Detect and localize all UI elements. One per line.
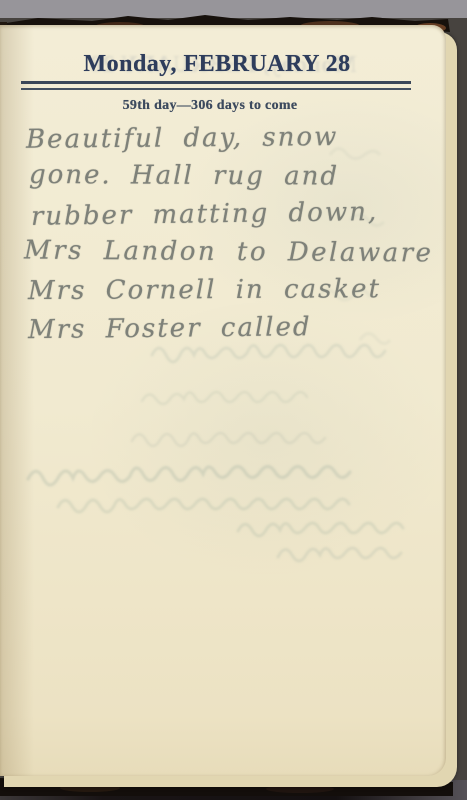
handwriting-line: Mrs Landon to Delaware: [24, 232, 436, 273]
bleed-through-handwriting: [0, 325, 446, 615]
scanned-diary-photo: Monday, FEBRUARY 28 Monday, FEBRUARY 28 …: [0, 0, 467, 800]
handwriting-line: gone. Hall rug and: [29, 156, 436, 196]
handwritten-entry: Beautiful day, snow gone. Hall rug and r…: [26, 119, 436, 347]
page-title: Monday, FEBRUARY 28: [0, 51, 446, 78]
handwriting-line: rubber matting down,: [31, 192, 436, 236]
day-count-subtitle: 59th day—306 days to come: [0, 98, 446, 114]
double-rule: [21, 81, 411, 90]
diary-page: Monday, FEBRUARY 28 Monday, FEBRUARY 28 …: [0, 25, 446, 776]
handwriting-line: Mrs Foster called: [28, 307, 436, 349]
handwriting-line: Beautiful day, snow: [26, 117, 436, 159]
handwriting-line: Mrs Cornell in casket: [28, 270, 436, 310]
